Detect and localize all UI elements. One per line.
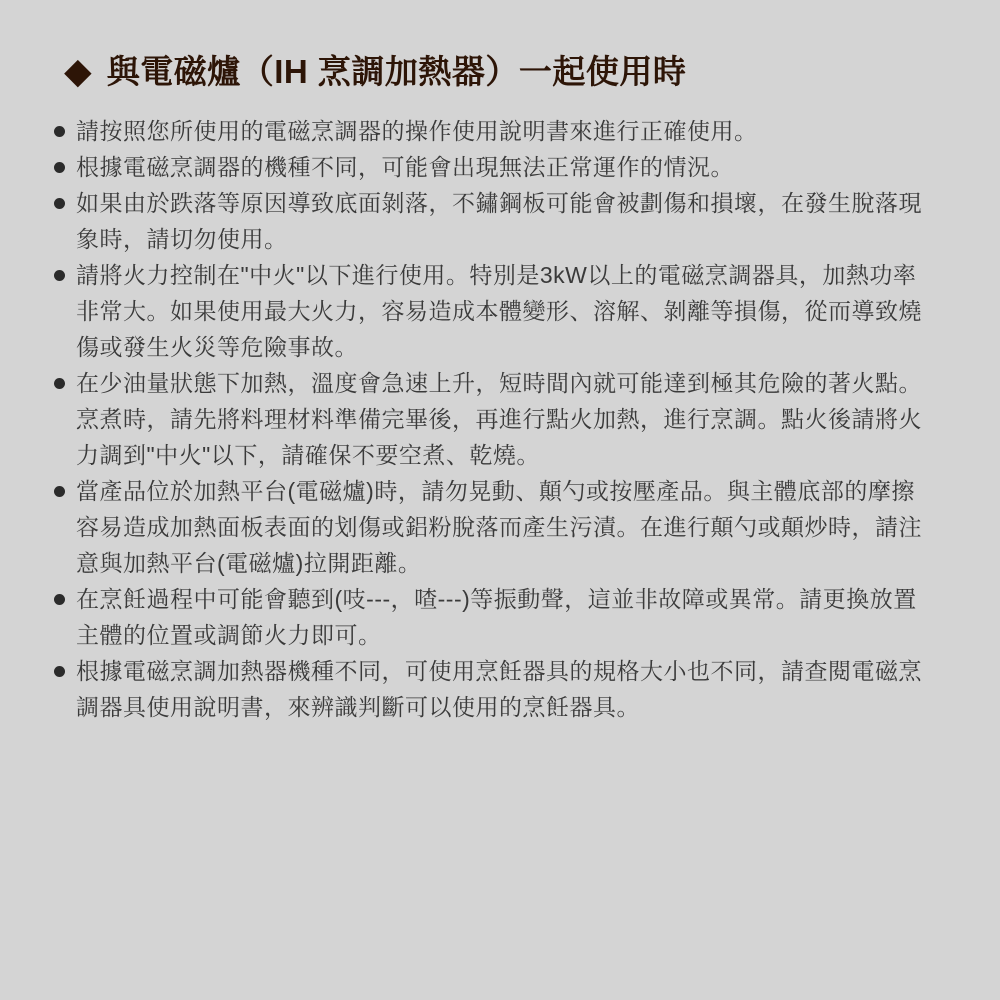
list-item: 請將火力控制在"中火"以下進行使用。特別是3kW以上的電磁烹調器具，加熱功率非常… bbox=[54, 257, 960, 365]
manual-page: ◆ 與電磁爐（IH 烹調加熱器）一起使用時 請按照您所使用的電磁烹調器的操作使用… bbox=[0, 0, 1000, 1000]
diamond-icon: ◆ bbox=[64, 53, 92, 89]
bullet-icon bbox=[54, 378, 65, 389]
list-item: 當產品位於加熱平台(電磁爐)時，請勿晃動、顛勺或按壓產品。與主體底部的摩擦容易造… bbox=[54, 473, 960, 581]
instruction-list: 請按照您所使用的電磁烹調器的操作使用說明書來進行正確使用。 根據電磁烹調器的機種… bbox=[54, 113, 960, 725]
instruction-text: 當產品位於加熱平台(電磁爐)時，請勿晃動、顛勺或按壓產品。與主體底部的摩擦容易造… bbox=[76, 473, 938, 581]
bullet-icon bbox=[54, 666, 65, 677]
instruction-text: 在少油量狀態下加熱，溫度會急速上升，短時間內就可能達到極其危險的著火點。烹煮時，… bbox=[76, 365, 938, 473]
list-item: 請按照您所使用的電磁烹調器的操作使用說明書來進行正確使用。 bbox=[54, 113, 960, 149]
instruction-text: 請按照您所使用的電磁烹調器的操作使用說明書來進行正確使用。 bbox=[76, 113, 938, 149]
instruction-text: 如果由於跌落等原因導致底面剝落，不鏽鋼板可能會被劃傷和損壞，在發生脫落現象時，請… bbox=[76, 185, 938, 257]
instruction-text: 在烹飪過程中可能會聽到(吱---，喳---)等振動聲，這並非故障或異常。請更換放… bbox=[76, 581, 938, 653]
list-item: 根據電磁烹調器的機種不同，可能會出現無法正常運作的情況。 bbox=[54, 149, 960, 185]
section-title: 與電磁爐（IH 烹調加熱器）一起使用時 bbox=[107, 52, 687, 92]
list-item: 在烹飪過程中可能會聽到(吱---，喳---)等振動聲，這並非故障或異常。請更換放… bbox=[54, 581, 960, 653]
bullet-icon bbox=[54, 270, 65, 281]
instruction-text: 請將火力控制在"中火"以下進行使用。特別是3kW以上的電磁烹調器具，加熱功率非常… bbox=[76, 257, 938, 365]
instruction-text: 根據電磁烹調器的機種不同，可能會出現無法正常運作的情況。 bbox=[76, 149, 938, 185]
list-item: 在少油量狀態下加熱，溫度會急速上升，短時間內就可能達到極其危險的著火點。烹煮時，… bbox=[54, 365, 960, 473]
bullet-icon bbox=[54, 198, 65, 209]
bullet-icon bbox=[54, 594, 65, 605]
list-item: 根據電磁烹調加熱器機種不同，可使用烹飪器具的規格大小也不同，請查閱電磁烹調器具使… bbox=[54, 653, 960, 725]
bullet-icon bbox=[54, 126, 65, 137]
bullet-icon bbox=[54, 486, 65, 497]
section-heading: ◆ 與電磁爐（IH 烹調加熱器）一起使用時 bbox=[0, 0, 1000, 92]
bullet-icon bbox=[54, 162, 65, 173]
list-item: 如果由於跌落等原因導致底面剝落，不鏽鋼板可能會被劃傷和損壞，在發生脫落現象時，請… bbox=[54, 185, 960, 257]
instruction-text: 根據電磁烹調加熱器機種不同，可使用烹飪器具的規格大小也不同，請查閱電磁烹調器具使… bbox=[76, 653, 938, 725]
